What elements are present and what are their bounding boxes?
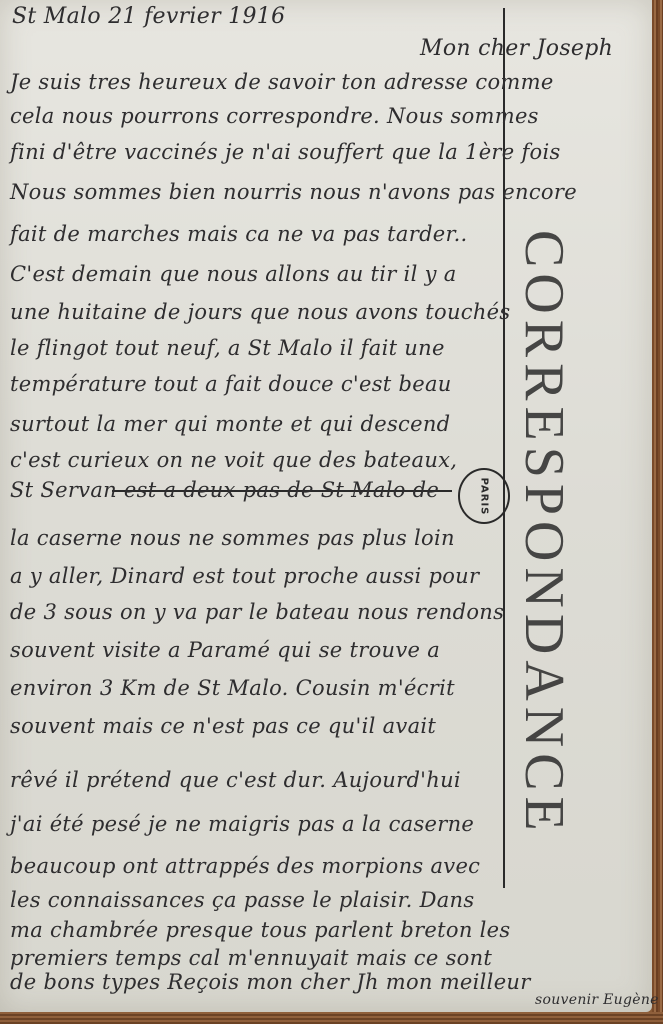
body-line: une huitaine de jours que nous avons tou… xyxy=(10,300,510,324)
body-line: a y aller, Dinard est tout proche aussi … xyxy=(10,564,479,588)
body-line: Nous sommes bien nourris nous n'avons pa… xyxy=(10,180,577,204)
body-line: les connaissances ça passe le plaisir. D… xyxy=(10,888,474,912)
stamp-text: PARIS xyxy=(479,477,490,515)
body-line: fait de marches mais ca ne va pas tarder… xyxy=(10,222,468,246)
body-line: souvent visite a Paramé qui se trouve a xyxy=(10,638,440,662)
body-line: cela nous pourrons correspondre. Nous so… xyxy=(10,104,539,128)
body-line: rêvé il prétend que c'est dur. Aujourd'h… xyxy=(10,768,461,792)
body-line: température tout a fait douce c'est beau xyxy=(10,372,452,396)
body-line: la caserne nous ne sommes pas plus loin xyxy=(10,526,455,550)
wooden-surface-bottom xyxy=(0,1012,663,1024)
body-line: St Servan est a deux pas de St Malo de xyxy=(10,478,439,502)
body-line: c'est curieux on ne voit que des bateaux… xyxy=(10,448,457,472)
closing-signature: souvenir Eugène xyxy=(535,992,659,1008)
body-line: beaucoup ont attrappés des morpions avec xyxy=(10,854,480,878)
body-line: Je suis tres heureux de savoir ton adres… xyxy=(10,70,554,94)
date-line: St Malo 21 fevrier 1916 xyxy=(12,4,285,29)
body-line: fini d'être vaccinés je n'ai souffert qu… xyxy=(10,140,561,164)
body-line: C'est demain que nous allons au tir il y… xyxy=(10,262,457,286)
postmark-stamp-icon: PARIS xyxy=(458,468,510,524)
body-line: souvent mais ce n'est pas ce qu'il avait xyxy=(10,714,436,738)
body-line: le flingot tout neuf, a St Malo il fait … xyxy=(10,336,445,360)
body-line: premiers temps cal m'ennuyait mais ce so… xyxy=(10,946,492,970)
body-line: j'ai été pesé je ne maigris pas a la cas… xyxy=(10,812,474,836)
salutation: Mon cher Joseph xyxy=(420,36,613,61)
body-line: environ 3 Km de St Malo. Cousin m'écrit xyxy=(10,676,455,700)
wooden-surface-right xyxy=(652,0,663,1024)
body-line: ma chambrée presque tous parlent breton … xyxy=(10,918,510,942)
body-line: de 3 sous on y va par le bateau nous ren… xyxy=(10,600,504,624)
printed-correspondance-label: CORRESPONDANCE xyxy=(512,230,576,837)
body-line: de bons types Reçois mon cher Jh mon mei… xyxy=(10,970,531,994)
body-line: surtout la mer qui monte et qui descend xyxy=(10,412,450,436)
